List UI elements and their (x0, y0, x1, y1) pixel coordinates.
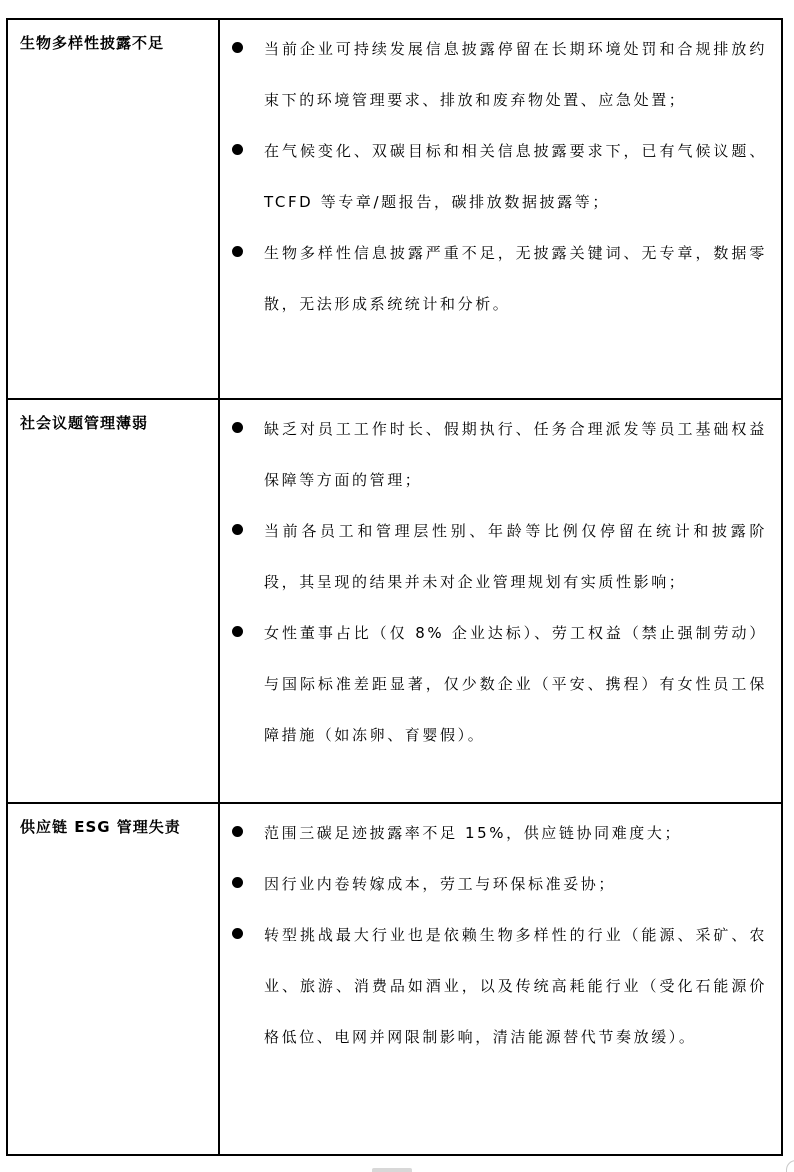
row-label: 社会议题管理薄弱 (7, 399, 219, 803)
list-item: 当前各员工和管理层性别、年龄等比例仅停留在统计和披露阶段，其呈现的结果并未对企业… (228, 506, 767, 608)
list-item: 范围三碳足迹披露率不足 15%，供应链协同难度大； (228, 808, 767, 859)
list-item-text: 当前各员工和管理层性别、年龄等比例仅停留在统计和披露阶段，其呈现的结果并未对企业… (264, 506, 767, 608)
list-item-text: 女性董事占比（仅 8% 企业达标）、劳工权益（禁止强制劳动）与国际标准差距显著，… (264, 608, 767, 761)
bullet-icon (228, 859, 264, 910)
bullet-icon (228, 808, 264, 859)
list-item-text: 当前企业可持续发展信息披露停留在长期环境处罚和合规排放约束下的环境管理要求、排放… (264, 24, 767, 126)
table-row: 供应链 ESG 管理失责 范围三碳足迹披露率不足 15%，供应链协同难度大； 因… (7, 803, 782, 1155)
list-item-text: 转型挑战最大行业也是依赖生物多样性的行业（能源、采矿、农业、旅游、消费品如酒业，… (264, 910, 767, 1063)
bullet-icon (228, 126, 264, 177)
row-content: 范围三碳足迹披露率不足 15%，供应链协同难度大； 因行业内卷转嫁成本，劳工与环… (219, 803, 782, 1155)
bullet-icon (228, 24, 264, 75)
list-item: 转型挑战最大行业也是依赖生物多样性的行业（能源、采矿、农业、旅游、消费品如酒业，… (228, 910, 767, 1063)
bullet-icon (228, 608, 264, 659)
bullet-icon (228, 228, 264, 279)
list-item: 缺乏对员工工作时长、假期执行、任务合理派发等员工基础权益保障等方面的管理； (228, 404, 767, 506)
bullet-icon (228, 910, 264, 961)
issues-table: 生物多样性披露不足 当前企业可持续发展信息披露停留在长期环境处罚和合规排放约束下… (6, 18, 783, 1156)
list-item: 在气候变化、双碳目标和相关信息披露要求下，已有气候议题、TCFD 等专章/题报告… (228, 126, 767, 228)
list-item-text: 范围三碳足迹披露率不足 15%，供应链协同难度大； (264, 808, 767, 859)
page-indicator-tab (372, 1168, 412, 1172)
list-item: 当前企业可持续发展信息披露停留在长期环境处罚和合规排放约束下的环境管理要求、排放… (228, 24, 767, 126)
row-label: 生物多样性披露不足 (7, 19, 219, 399)
row-content: 缺乏对员工工作时长、假期执行、任务合理派发等员工基础权益保障等方面的管理； 当前… (219, 399, 782, 803)
table-row: 生物多样性披露不足 当前企业可持续发展信息披露停留在长期环境处罚和合规排放约束下… (7, 19, 782, 399)
row-label: 供应链 ESG 管理失责 (7, 803, 219, 1155)
scroll-corner-icon (786, 1160, 794, 1172)
list-item-text: 生物多样性信息披露严重不足，无披露关键词、无专章，数据零散，无法形成系统统计和分… (264, 228, 767, 330)
list-item: 生物多样性信息披露严重不足，无披露关键词、无专章，数据零散，无法形成系统统计和分… (228, 228, 767, 330)
list-item: 女性董事占比（仅 8% 企业达标）、劳工权益（禁止强制劳动）与国际标准差距显著，… (228, 608, 767, 761)
bullet-icon (228, 506, 264, 557)
list-item-text: 在气候变化、双碳目标和相关信息披露要求下，已有气候议题、TCFD 等专章/题报告… (264, 126, 767, 228)
bullet-icon (228, 404, 264, 455)
row-content: 当前企业可持续发展信息披露停留在长期环境处罚和合规排放约束下的环境管理要求、排放… (219, 19, 782, 399)
list-item-text: 因行业内卷转嫁成本，劳工与环保标准妥协； (264, 859, 767, 910)
table-row: 社会议题管理薄弱 缺乏对员工工作时长、假期执行、任务合理派发等员工基础权益保障等… (7, 399, 782, 803)
list-item: 因行业内卷转嫁成本，劳工与环保标准妥协； (228, 859, 767, 910)
list-item-text: 缺乏对员工工作时长、假期执行、任务合理派发等员工基础权益保障等方面的管理； (264, 404, 767, 506)
